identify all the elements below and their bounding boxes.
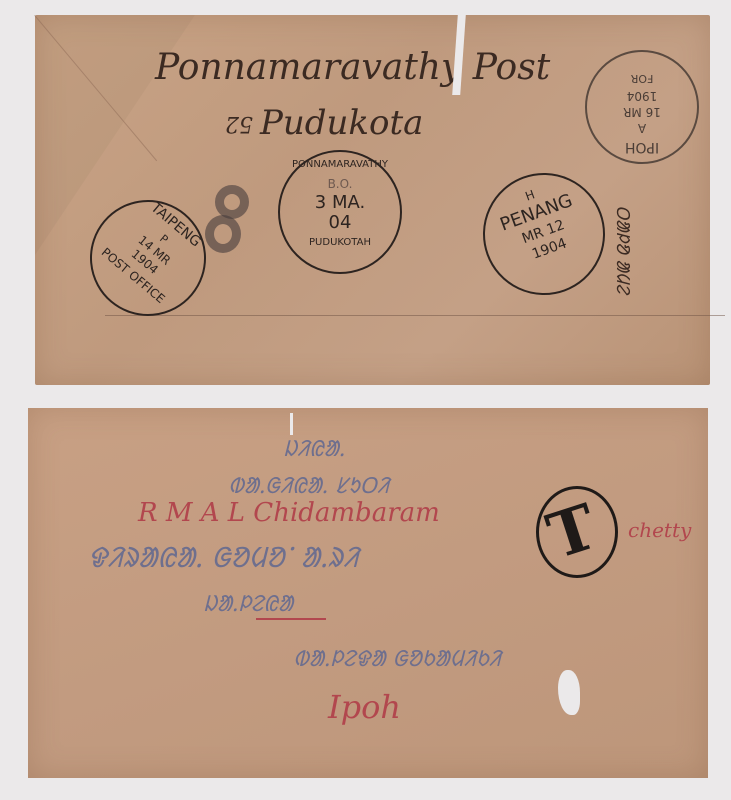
pencil-line-2: ᱵᱟᱹᱜᱤᱭᱟᱹ ᱥᱩᱛᱤ xyxy=(228,470,389,500)
handwritten-number: 52 xyxy=(225,111,253,136)
postmark-penang: H PENANG MR 12 1904 xyxy=(466,156,622,312)
tax-stamp: T xyxy=(536,486,618,578)
red-underline xyxy=(256,618,326,620)
pencil-line-1: ᱡᱤᱭᱟᱹ xyxy=(283,433,345,463)
red-destination: Ipoh xyxy=(328,688,401,726)
handwritten-vertical-note: ᱛᱟᱞᱚ ᱟᱢᱮ xyxy=(611,205,635,294)
envelope-front: ᱡᱤᱭᱟᱹ ᱵᱟᱹᱜᱤᱭᱟᱹ ᱥᱩᱛᱤ R M A L Chidambaram … xyxy=(28,408,708,778)
envelope-back: Ponnamaravathy Post Pudukota 52 TAIPENG … xyxy=(35,15,710,385)
pencil-line-4: ᱡᱟᱹᱞᱮᱭᱟ xyxy=(203,588,293,618)
pencil-line-5: ᱵᱟᱹᱞᱮᱫᱟ ᱜᱚᱠᱟᱢᱤᱠᱤ xyxy=(293,643,501,673)
paper-nick xyxy=(290,413,293,435)
handwritten-sender-line: Ponnamaravathy Post xyxy=(155,47,550,88)
paper-hole xyxy=(558,670,580,715)
pencil-line-3: ᱫᱤᱨᱟᱭᱟᱹ ᱜᱚᱢᱚᱸ ᱟᱹᱨᱤ xyxy=(88,538,358,576)
handwritten-town: Pudukota xyxy=(260,103,423,143)
red-addressee: R M A L Chidambaram xyxy=(138,498,440,528)
postmark-ipoh: IPOH A 16 MR 1904 FOR xyxy=(585,50,699,164)
ink-blot xyxy=(205,185,250,260)
red-addressee-2: chetty xyxy=(628,518,691,542)
postmark-ponnamaravathy: PONNAMARAVATHY B.O. 3 MA. 04 PUDUKOTAH xyxy=(278,150,402,274)
flap-edge xyxy=(105,315,725,316)
